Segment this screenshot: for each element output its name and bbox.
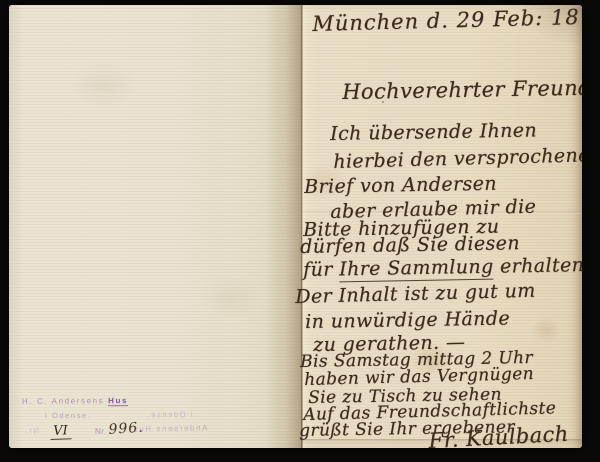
archive-stamp-line1: H. C. Andersens Hus [22,396,128,406]
archive-stamp-line2: i Odense. [45,411,92,420]
center-fold-shadow [262,5,302,448]
mirrored-stamp-line1: i Odense. [146,410,193,420]
letter-photograph: München d. 29 Feb: 1876. Hochverehrter F… [0,0,600,462]
letter-line: dürfen daß Sie diesen [300,232,520,258]
folder-numeral-mark: VI [50,423,71,440]
letter-sheet: München d. 29 Feb: 1876. Hochverehrter F… [9,5,582,448]
mirrored-stamp-nr: Nr. [24,426,39,435]
sammlung-post: erhalten. [493,254,582,278]
stamp-nr-label: Nr. [95,427,107,436]
sammlung-underlined: Ihre Sammlung [339,256,494,283]
letter-line: Brief von Andersen [304,173,497,198]
stamp-hus-text: Hus [108,396,128,406]
sammlung-pre: für [303,258,339,281]
stamp-owner-text: H. C. Andersens [22,396,108,406]
letter-salutation: Hochverehrter Freund [342,76,582,104]
letter-line: in unwürdige Hände [305,307,510,333]
letter-line: Ich übersende Ihnen [330,119,537,145]
mirrored-stamp-line2: Andersens Hus [132,423,208,433]
